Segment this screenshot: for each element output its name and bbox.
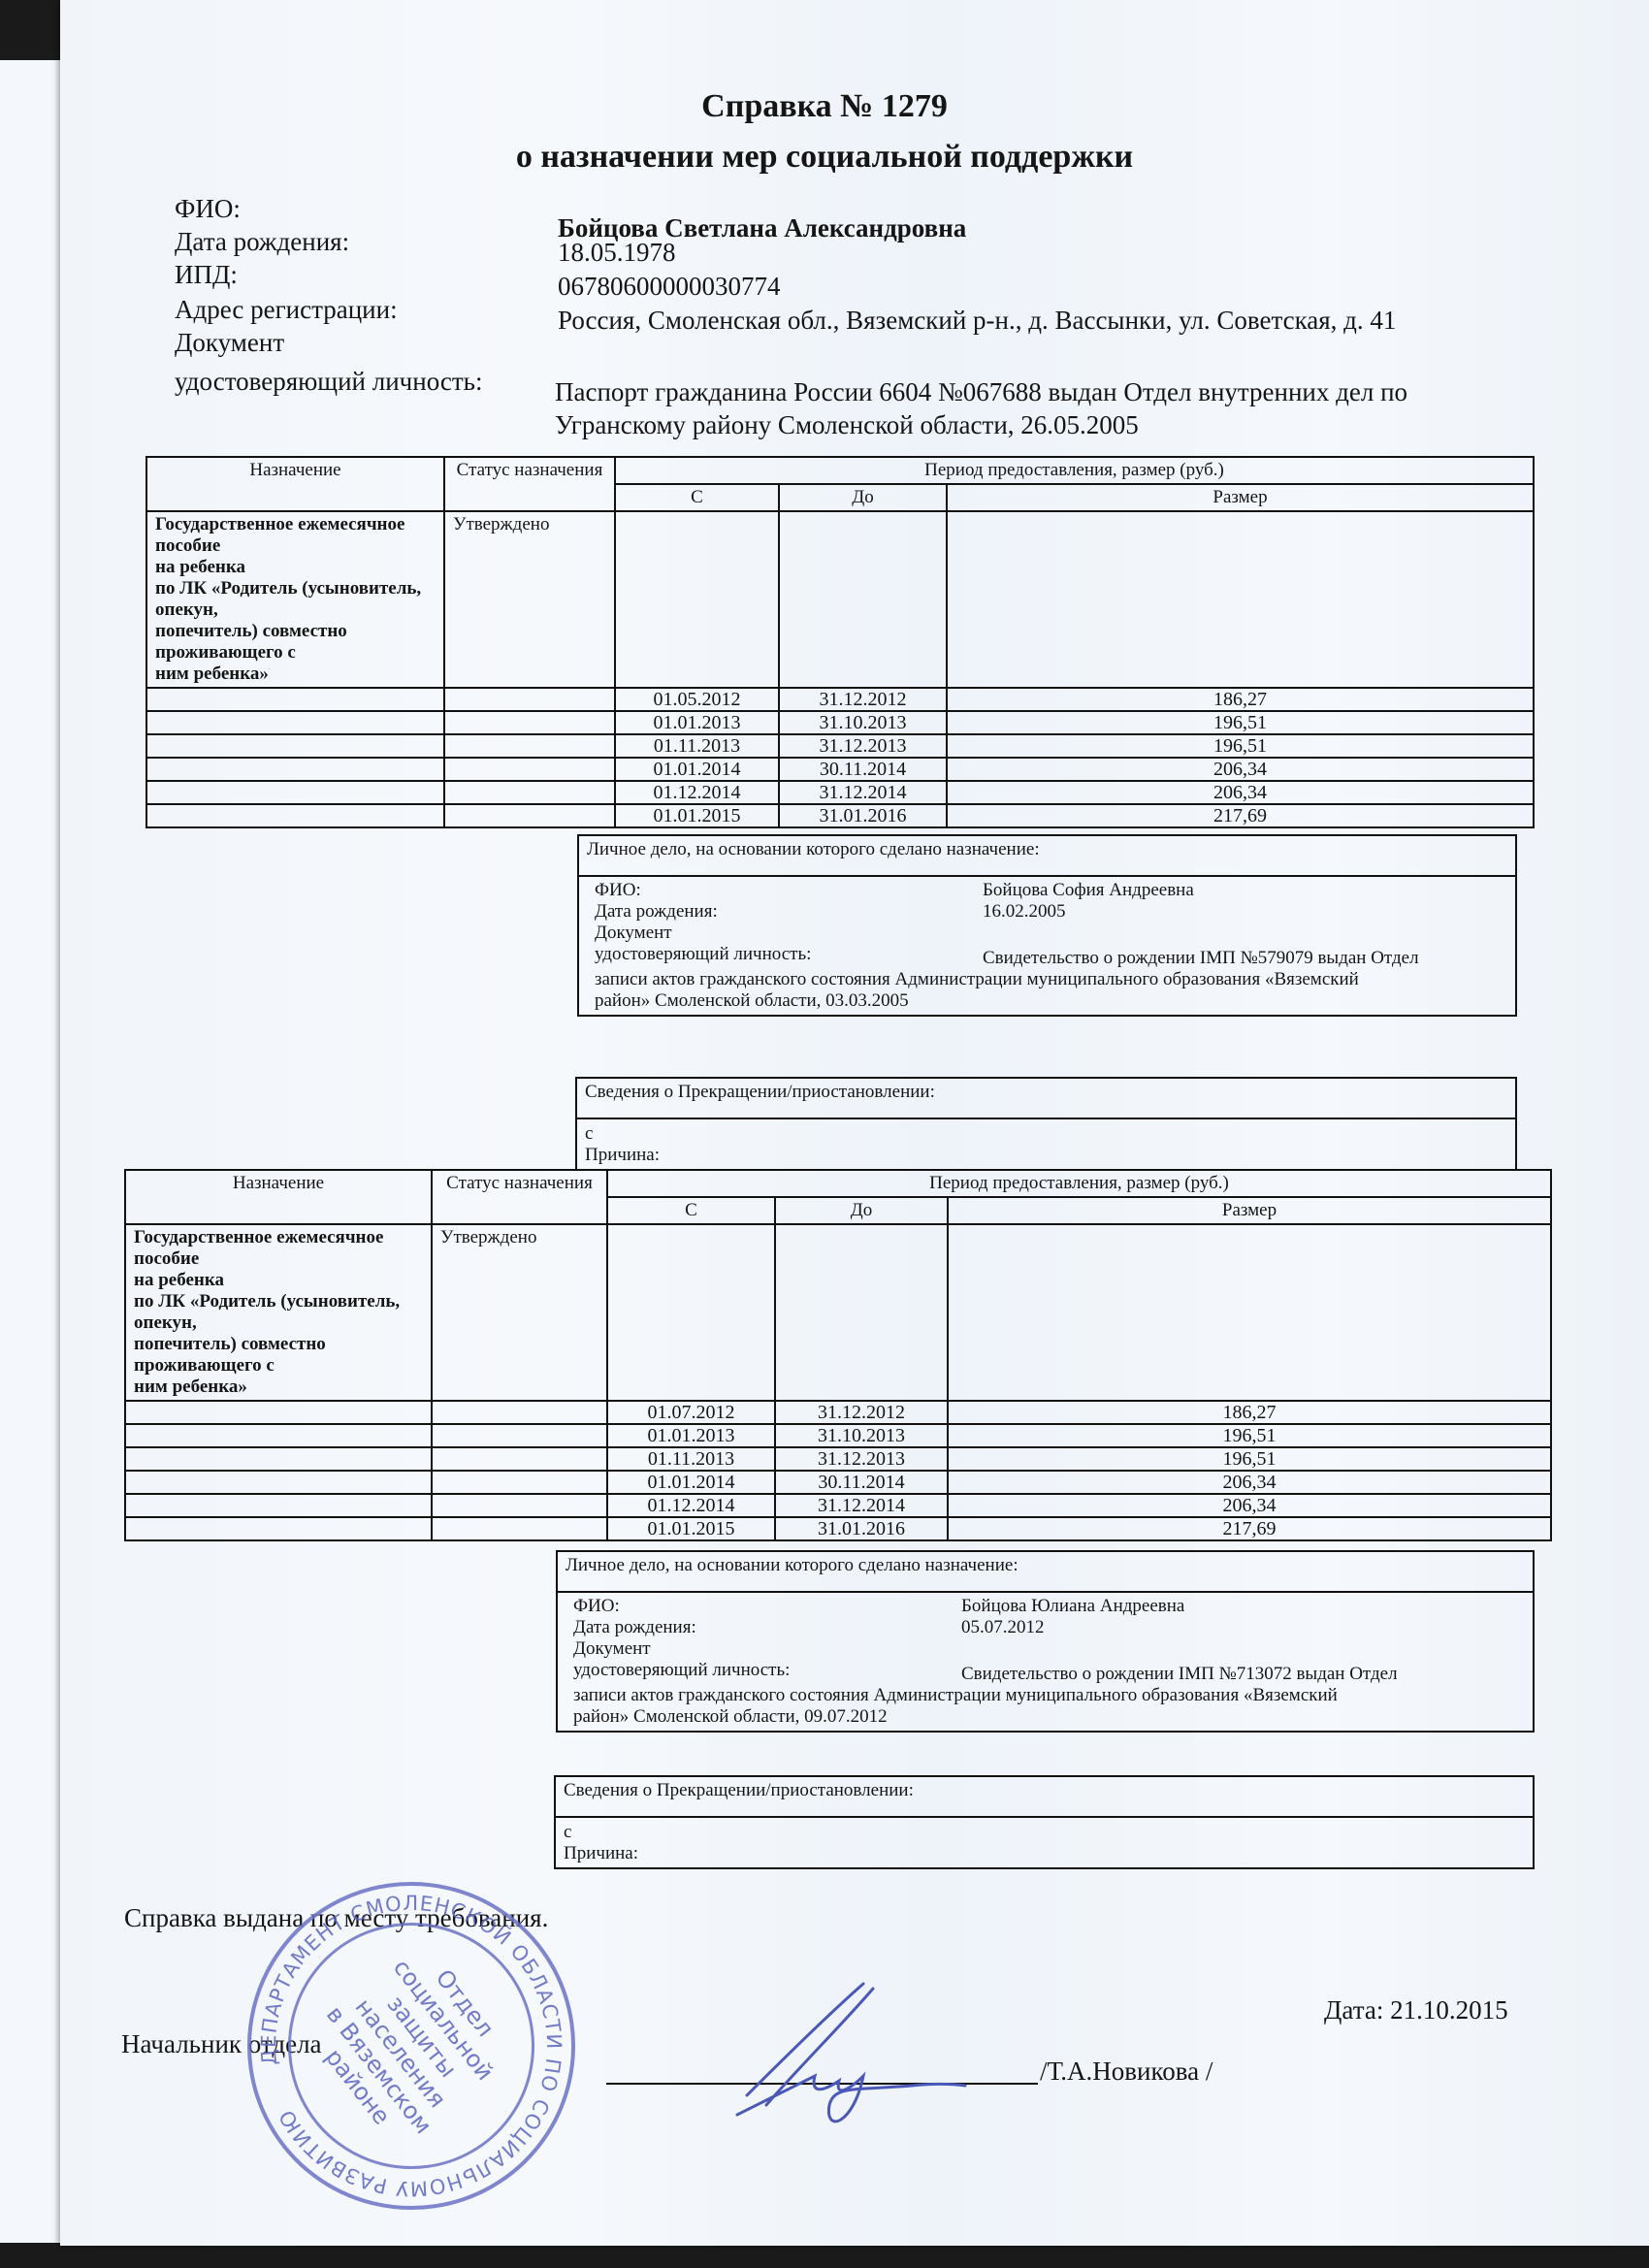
table-row: 01.01.2015 31.01.2016 217,69: [125, 1517, 1551, 1540]
field-label: удостоверяющий личность:: [175, 365, 482, 398]
col-header-amount: Размер: [948, 1197, 1551, 1224]
termination-from-label: с: [564, 1822, 1525, 1843]
period-amount: 186,27: [947, 688, 1534, 711]
field-label: Документ: [175, 326, 284, 359]
case-doc-value-cont: записи актов гражданского состояния Адми…: [587, 969, 1507, 990]
period-amount: 186,27: [948, 1401, 1551, 1424]
col-header-to: До: [779, 484, 947, 511]
period-from: 01.01.2015: [607, 1517, 775, 1540]
official-stamp: ДЕПАРТАМЕНТ СМОЛЕНСКОЙ ОБЛАСТИ ПО СОЦИАЛ…: [226, 1861, 597, 2231]
period-to: 31.12.2014: [775, 1494, 948, 1517]
case-doc-value: Свидетельство о рождении IМП №713072 выд…: [961, 1660, 1398, 1685]
period-from: 01.12.2014: [607, 1494, 775, 1517]
case-dob: 16.02.2005: [983, 901, 1066, 944]
col-header-to: До: [775, 1197, 948, 1224]
table-row: 01.01.2013 31.10.2013 196,51: [125, 1424, 1551, 1447]
termination-reason-label: Причина:: [585, 1145, 1507, 1166]
case-doc-label: Документ: [595, 923, 983, 944]
period-amount: 217,69: [947, 804, 1534, 827]
period-from: 01.05.2012: [615, 688, 779, 711]
document-title: Справка № 1279: [0, 85, 1649, 128]
case-doc-value: Свидетельство о рождении IМП №579079 выд…: [983, 944, 1419, 969]
applicant-document-cont: Угранскому району Смоленской области, 26…: [555, 408, 1139, 441]
termination-header: Сведения о Прекращении/приостановлении:: [577, 1079, 1515, 1119]
personal-case-header: Личное дело, на основании которого сдела…: [579, 836, 1515, 877]
period-amount: 206,34: [947, 758, 1534, 781]
termination-box: Сведения о Прекращении/приостановлении: …: [575, 1077, 1517, 1171]
period-to: 31.12.2012: [779, 688, 947, 711]
case-doc-value-cont: записи актов гражданского состояния Адми…: [566, 1685, 1525, 1706]
table-row: 01.01.2014 30.11.2014 206,34: [146, 758, 1534, 781]
period-to: 30.11.2014: [779, 758, 947, 781]
personal-case-box: Личное дело, на основании которого сдела…: [556, 1550, 1535, 1733]
termination-header: Сведения о Прекращении/приостановлении:: [556, 1777, 1533, 1818]
period-to: 30.11.2014: [775, 1471, 948, 1494]
period-from: 01.12.2014: [615, 781, 779, 804]
period-from: 01.01.2015: [615, 804, 779, 827]
assignment-table: Назначение Статус назначения Период пред…: [124, 1169, 1552, 1541]
case-doc-label-2: удостоверяющий личность:: [595, 944, 983, 969]
case-dob-label: Дата рождения:: [573, 1617, 961, 1638]
field-label: Адрес регистрации:: [175, 293, 398, 326]
period-from: 01.11.2013: [607, 1447, 775, 1471]
period-to: 31.12.2014: [779, 781, 947, 804]
col-header-purpose: Назначение: [146, 457, 444, 511]
signatory-name: /Т.А.Новикова /: [1040, 2055, 1212, 2088]
col-header-period: Период предоставления, размер (руб.): [615, 457, 1534, 484]
period-to: 31.01.2016: [779, 804, 947, 827]
case-fio-label: ФИО:: [595, 880, 983, 901]
period-to: 31.12.2012: [775, 1401, 948, 1424]
table-row: 01.11.2013 31.12.2013 196,51: [125, 1447, 1551, 1471]
case-fio-label: ФИО:: [573, 1596, 961, 1617]
case-dob: 05.07.2012: [961, 1617, 1045, 1660]
case-doc-value-cont: район» Смоленской области, 03.03.2005: [587, 990, 1507, 1012]
personal-case-box: Личное дело, на основании которого сдела…: [577, 834, 1517, 1017]
table-row: 01.01.2013 31.10.2013 196,51: [146, 711, 1534, 734]
case-doc-value-cont: район» Смоленской области, 09.07.2012: [566, 1706, 1525, 1728]
status-cell: Утверждено: [432, 1224, 607, 1401]
assignment-table: Назначение Статус назначения Период пред…: [145, 456, 1535, 828]
period-from: 01.01.2014: [607, 1471, 775, 1494]
col-header-purpose: Назначение: [125, 1170, 432, 1224]
period-from: 01.11.2013: [615, 734, 779, 758]
period-from: 01.01.2013: [615, 711, 779, 734]
col-header-period: Период предоставления, размер (руб.): [607, 1170, 1551, 1197]
period-amount: 196,51: [947, 711, 1534, 734]
signature-icon: [718, 1979, 970, 2134]
period-to: 31.01.2016: [775, 1517, 948, 1540]
period-amount: 217,69: [948, 1517, 1551, 1540]
col-header-from: С: [607, 1197, 775, 1224]
col-header-status: Статус назначения: [444, 457, 615, 511]
table-row: 01.11.2013 31.12.2013 196,51: [146, 734, 1534, 758]
personal-case-header: Личное дело, на основании которого сдела…: [558, 1552, 1533, 1593]
case-dob-label: Дата рождения:: [595, 901, 983, 923]
col-header-amount: Размер: [947, 484, 1534, 511]
period-to: 31.10.2013: [779, 711, 947, 734]
field-label: Дата рождения:: [175, 225, 349, 258]
termination-box: Сведения о Прекращении/приостановлении: …: [554, 1775, 1535, 1869]
table-row: 01.05.2012 31.12.2012 186,27: [146, 688, 1534, 711]
col-header-status: Статус назначения: [432, 1170, 607, 1224]
period-from: 01.01.2014: [615, 758, 779, 781]
case-doc-label: Документ: [573, 1638, 961, 1660]
applicant-address: Россия, Смоленская обл., Вяземский р-н.,…: [558, 304, 1396, 337]
case-doc-label-2: удостоверяющий личность:: [573, 1660, 961, 1685]
document-subtitle: о назначении мер социальной поддержки: [0, 136, 1649, 178]
purpose-cell: Государственное ежемесячное пособиена ре…: [125, 1224, 432, 1401]
applicant-dob: 18.05.1978: [558, 236, 676, 269]
period-to: 31.12.2013: [779, 734, 947, 758]
field-label: ФИО:: [175, 192, 241, 225]
table-row: 01.01.2014 30.11.2014 206,34: [125, 1471, 1551, 1494]
period-from: 01.07.2012: [607, 1401, 775, 1424]
table-row: 01.01.2015 31.01.2016 217,69: [146, 804, 1534, 827]
table-row: 01.12.2014 31.12.2014 206,34: [125, 1494, 1551, 1517]
purpose-cell: Государственное ежемесячное пособиена ре…: [146, 511, 444, 688]
applicant-ipd: 06780600000030774: [558, 270, 781, 303]
termination-reason-label: Причина:: [564, 1843, 1525, 1864]
period-amount: 206,34: [948, 1494, 1551, 1517]
period-amount: 206,34: [948, 1471, 1551, 1494]
status-cell: Утверждено: [444, 511, 615, 688]
col-header-from: С: [615, 484, 779, 511]
issue-date: Дата: 21.10.2015: [1324, 1993, 1508, 2026]
applicant-document: Паспорт гражданина России 6604 №067688 в…: [555, 375, 1407, 408]
period-amount: 196,51: [948, 1447, 1551, 1471]
period-amount: 196,51: [948, 1424, 1551, 1447]
period-to: 31.12.2013: [775, 1447, 948, 1471]
period-from: 01.01.2013: [607, 1424, 775, 1447]
field-label: ИПД:: [175, 258, 238, 291]
termination-from-label: с: [585, 1123, 1507, 1145]
table-row: 01.12.2014 31.12.2014 206,34: [146, 781, 1534, 804]
table-row: 01.07.2012 31.12.2012 186,27: [125, 1401, 1551, 1424]
period-amount: 206,34: [947, 781, 1534, 804]
period-amount: 196,51: [947, 734, 1534, 758]
period-to: 31.10.2013: [775, 1424, 948, 1447]
